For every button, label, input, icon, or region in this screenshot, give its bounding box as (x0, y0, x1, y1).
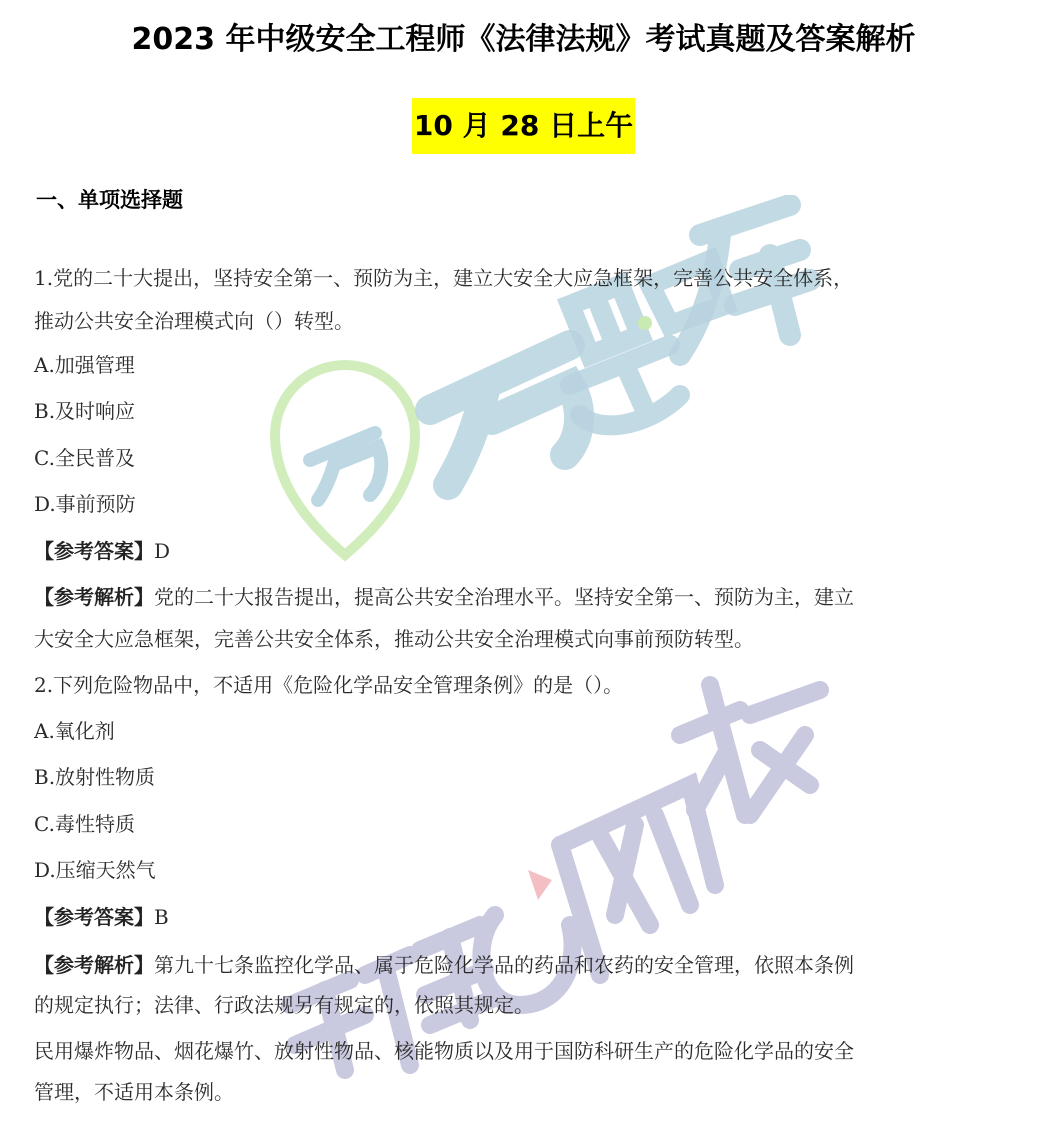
analysis-text: 党的二十大报告提出，提高公共安全治理水平。坚持安全第一、预防为主，建立 (154, 585, 854, 609)
question-2-analysis-line-3: 民用爆炸物品、烟花爆竹、放射性物品、核能物质以及用于国防科研生产的危险化学品的安… (34, 1036, 854, 1066)
answer-value: B (154, 905, 169, 929)
question-2-option-d: D.压缩天然气 (34, 855, 156, 885)
question-2-option-b: B.放射性物质 (34, 762, 155, 792)
question-1-answer: 【参考答案】D (34, 536, 170, 566)
question-2-analysis-line-1: 【参考解析】第九十七条监控化学品、属于危险化学品的药品和农药的安全管理，依照本条… (34, 950, 854, 980)
question-1-option-c: C.全民普及 (34, 443, 135, 473)
date-banner: 10 月 28 日上午 (412, 98, 635, 154)
question-1-stem-line-2: 推动公共安全治理模式向（）转型。 (34, 306, 354, 336)
question-1-stem-line-1: 1.党的二十大提出，坚持安全第一、预防为主，建立大安全大应急框架，完善公共安全体… (34, 263, 853, 293)
wantiku-watermark-icon (270, 195, 830, 565)
question-2-stem-line-1: 2.下列危险物品中，不适用《危险化学品安全管理条例》的是（）。 (34, 670, 623, 700)
question-1-option-b: B.及时响应 (34, 396, 135, 426)
question-1-option-d: D.事前预防 (34, 489, 136, 519)
answer-value: D (154, 539, 170, 563)
question-1-option-a: A.加强管理 (34, 350, 135, 380)
date-banner-wrap: 10 月 28 日上午 (0, 98, 1047, 154)
question-2-option-a: A.氧化剂 (34, 716, 115, 746)
huanqiu-watermark-icon (270, 675, 840, 1095)
analysis-label: 【参考解析】 (34, 585, 154, 609)
question-2-analysis-line-2: 的规定执行；法律、行政法规另有规定的，依照其规定。 (34, 990, 534, 1020)
analysis-label: 【参考解析】 (34, 953, 154, 977)
question-2-answer: 【参考答案】B (34, 902, 169, 932)
answer-label: 【参考答案】 (34, 905, 154, 929)
question-2-option-c: C.毒性特质 (34, 809, 135, 839)
analysis-text: 第九十七条监控化学品、属于危险化学品的药品和农药的安全管理，依照本条例 (154, 953, 854, 977)
question-1-analysis-line-2: 大安全大应急框架，完善公共安全体系，推动公共安全治理模式向事前预防转型。 (34, 624, 754, 654)
question-2-analysis-line-4: 管理，不适用本条例。 (34, 1077, 234, 1107)
answer-label: 【参考答案】 (34, 539, 154, 563)
document-title: 2023 年中级安全工程师《法律法规》考试真题及答案解析 (0, 18, 1047, 62)
section-heading: 一、单项选择题 (36, 184, 183, 216)
document-page: 2023 年中级安全工程师《法律法规》考试真题及答案解析 10 月 28 日上午… (0, 0, 1047, 1148)
question-1-analysis-line-1: 【参考解析】党的二十大报告提出，提高公共安全治理水平。坚持安全第一、预防为主，建… (34, 582, 854, 612)
